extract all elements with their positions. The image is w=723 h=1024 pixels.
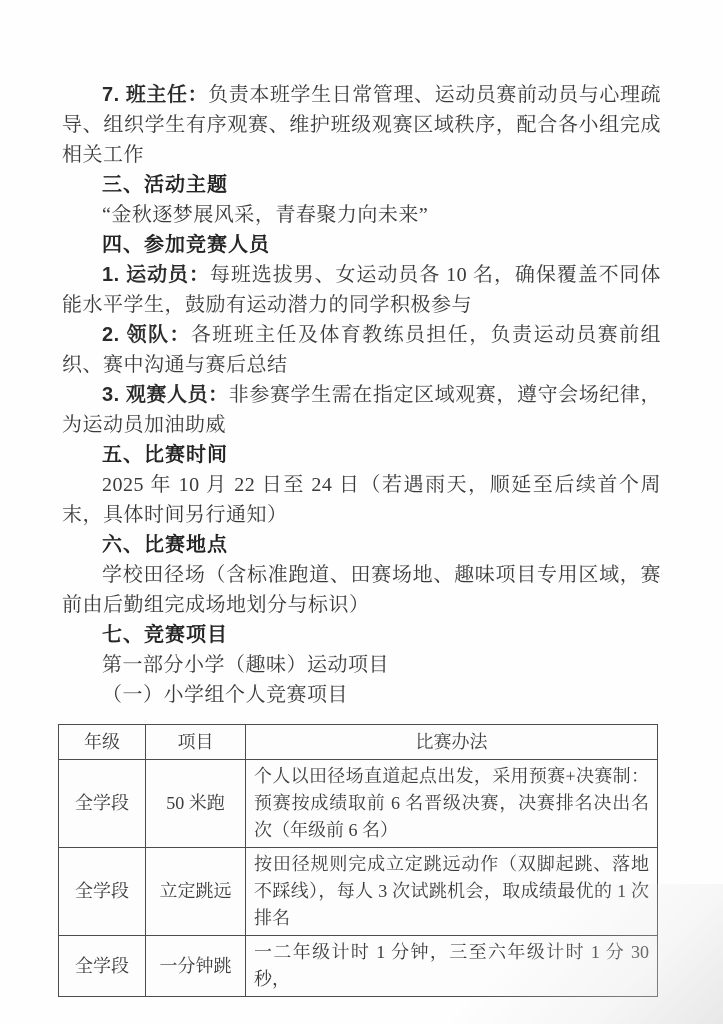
grade-cell: 全学段 (59, 848, 146, 936)
grade-cell: 全学段 (59, 760, 146, 848)
doc-paragraph: （一）小学组个人竞赛项目 (62, 680, 661, 710)
column-header: 年级 (59, 725, 146, 760)
document-body: 7. 班主任：负责本班学生日常管理、运动员赛前动员与心理疏导、组织学生有序观赛、… (62, 80, 661, 710)
event-cell: 一分钟跳 (146, 936, 246, 997)
paragraph-lead-label: 2. 领队： (102, 324, 191, 346)
doc-paragraph: 学校田径场（含标准跑道、田赛场地、趣味项目专用区域，赛前由后勤组完成场地划分与标… (62, 560, 661, 620)
doc-paragraph: 2. 领队：各班班主任及体育教练员担任，负责运动员赛前组织、赛中沟通与赛后总结 (62, 320, 661, 380)
table-row: 全学段立定跳远按田径规则完成立定跳远动作（双脚起跳、落地不踩线），每人 3 次试… (59, 848, 658, 936)
method-cell: 按田径规则完成立定跳远动作（双脚起跳、落地不踩线），每人 3 次试跳机会，取成绩… (246, 848, 658, 936)
doc-paragraph: 1. 运动员：每班选拔男、女运动员各 10 名，确保覆盖不同体能水平学生，鼓励有… (62, 260, 661, 320)
event-cell: 50 米跑 (146, 760, 246, 848)
table-row: 全学段50 米跑个人以田径场直道起点出发，采用预赛+决赛制：预赛按成绩取前 6 … (59, 760, 658, 848)
doc-paragraph: 7. 班主任：负责本班学生日常管理、运动员赛前动员与心理疏导、组织学生有序观赛、… (62, 80, 661, 170)
paragraph-lead-label: 1. 运动员： (102, 264, 210, 286)
individual-events-table: 年级项目比赛办法 全学段50 米跑个人以田径场直道起点出发，采用预赛+决赛制：预… (58, 724, 658, 997)
table-row: 全学段一分钟跳一二年级计时 1 分钟，三至六年级计时 1 分 30 秒， (59, 936, 658, 997)
section-heading: 六、比赛地点 (62, 530, 661, 560)
table-header-row: 年级项目比赛办法 (59, 725, 658, 760)
section-heading: 三、活动主题 (62, 170, 661, 200)
document-page: 7. 班主任：负责本班学生日常管理、运动员赛前动员与心理疏导、组织学生有序观赛、… (0, 0, 723, 1024)
doc-paragraph: 3. 观赛人员：非参赛学生需在指定区域观赛，遵守会场纪律，为运动员加油助威 (62, 380, 661, 440)
grade-cell: 全学段 (59, 936, 146, 997)
method-cell: 个人以田径场直道起点出发，采用预赛+决赛制：预赛按成绩取前 6 名晋级决赛，决赛… (246, 760, 658, 848)
event-cell: 立定跳远 (146, 848, 246, 936)
doc-paragraph: 2025 年 10 月 22 日至 24 日（若遇雨天，顺延至后续首个周末，具体… (62, 470, 661, 530)
column-header: 项目 (146, 725, 246, 760)
method-cell: 一二年级计时 1 分钟，三至六年级计时 1 分 30 秒， (246, 936, 658, 997)
paragraph-lead-label: 3. 观赛人员： (102, 384, 229, 406)
paragraph-lead-label: 7. 班主任： (102, 84, 208, 106)
doc-paragraph: 第一部分小学（趣味）运动项目 (62, 650, 661, 680)
doc-paragraph: “金秋逐梦展风采，青春聚力向未来” (62, 200, 661, 230)
section-heading: 七、竞赛项目 (62, 620, 661, 650)
section-heading: 五、比赛时间 (62, 440, 661, 470)
column-header: 比赛办法 (246, 725, 658, 760)
section-heading: 四、参加竞赛人员 (62, 230, 661, 260)
